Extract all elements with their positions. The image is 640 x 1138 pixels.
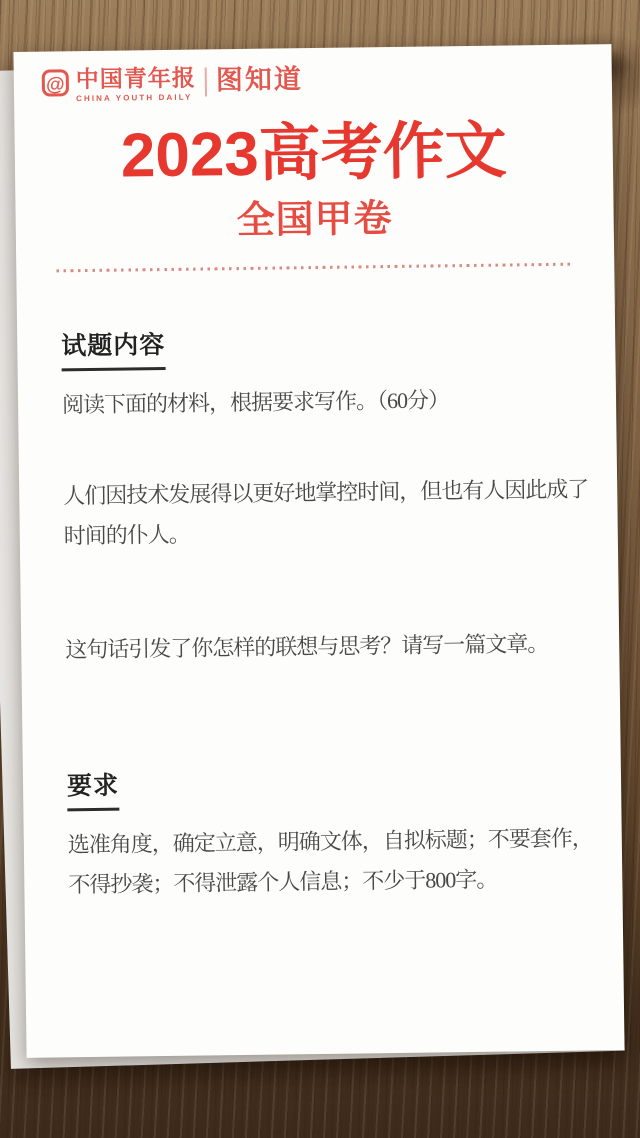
paragraph-requirements: 选准角度，确定立意，明确文体，自拟标题；不要套作， 不得抄袭；不得泄露个人信息；…: [68, 819, 579, 906]
wooden-desk-background: @ 中国青年报 CHINA YOUTH DAILY 图知道 2023高考作文 全…: [0, 0, 640, 1138]
text-line: 时间的仆人。: [64, 510, 574, 557]
text-line: 不得抄袭；不得泄露个人信息；不少于800字。: [68, 859, 578, 906]
brand-logo: @ 中国青年报 CHINA YOUTH DAILY 图知道: [42, 60, 612, 103]
text-line: 阅读下面的材料，根据要求写作。（60分）: [62, 379, 572, 426]
exam-prompt-card: @ 中国青年报 CHINA YOUTH DAILY 图知道 2023高考作文 全…: [13, 44, 624, 1058]
section-heading-requirements: 要求: [67, 771, 120, 812]
page-subtitle: 全国甲卷: [15, 194, 614, 246]
brand-name-cn: 中国青年报: [76, 66, 196, 93]
brand-divider: [205, 67, 207, 96]
paragraph-intro: 阅读下面的材料，根据要求写作。（60分）: [62, 379, 572, 426]
page-title: 2023高考作文: [14, 117, 613, 190]
brand-sub-name: 图知道: [216, 64, 303, 96]
dotted-divider: [56, 263, 574, 273]
paragraph-question: 这句话引发了你怎样的联想与思考？请写一篇文章。: [65, 624, 575, 671]
at-badge-icon: @: [42, 69, 69, 96]
text-line: 这句话引发了你怎样的联想与思考？请写一篇文章。: [65, 624, 575, 671]
paragraph-material: 人们因技术发展得以更好地掌控时间，但也有人因此成了 时间的仆人。: [63, 470, 574, 557]
text-line: 人们因技术发展得以更好地掌控时间，但也有人因此成了: [63, 470, 573, 517]
brand-name-en: CHINA YOUTH DAILY: [76, 93, 196, 104]
text-line: 选准角度，确定立意，明确文体，自拟标题；不要套作，: [68, 819, 578, 866]
section-heading-question-content: 试题内容: [61, 330, 166, 371]
brand-name-block: 中国青年报 CHINA YOUTH DAILY: [76, 66, 196, 104]
card-content: 试题内容 阅读下面的材料，根据要求写作。（60分） 人们因技术发展得以更好地掌控…: [17, 324, 622, 906]
